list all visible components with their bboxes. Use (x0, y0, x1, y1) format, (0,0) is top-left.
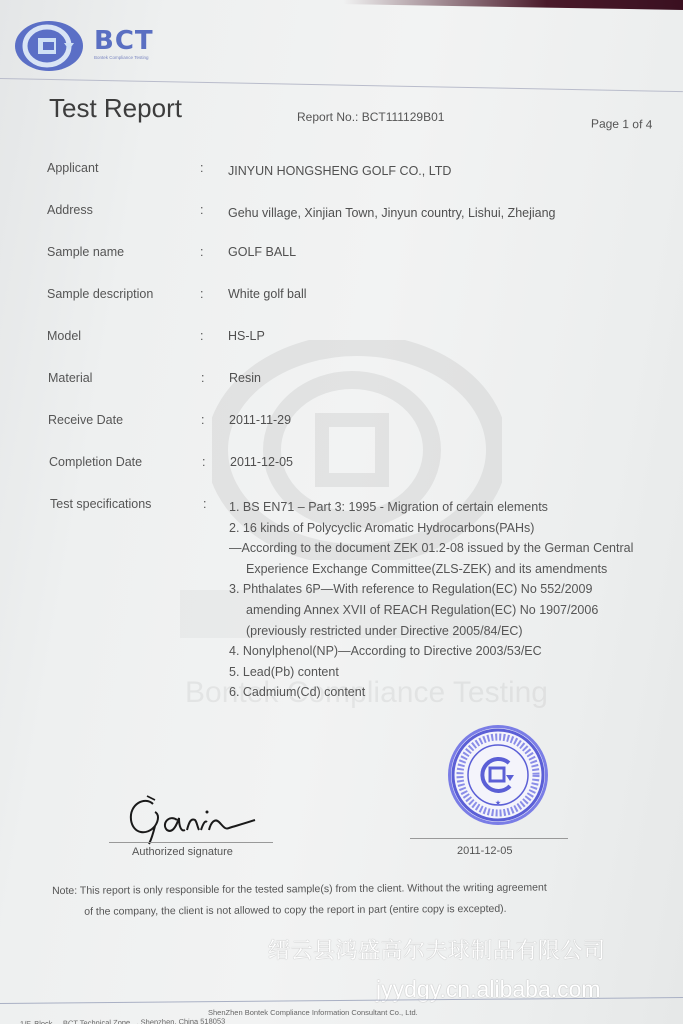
page-edge-shadow (343, 0, 683, 10)
company-seal-icon: ★ (446, 723, 550, 827)
field-value: Gehu village, Xinjian Town, Jinyun count… (228, 206, 556, 220)
handwritten-signature (125, 790, 265, 846)
test-specifications-list: 1. BS EN71 – Part 3: 1995 - Migration of… (229, 497, 633, 703)
field-label: Test specifications (50, 497, 151, 511)
field-label: Completion Date (49, 455, 142, 469)
spec-item: 5. Lead(Pb) content (229, 662, 633, 683)
field-colon: : (203, 497, 206, 511)
field-colon: : (201, 371, 204, 385)
spec-item: 2. 16 kinds of Polycyclic Aromatic Hydro… (229, 518, 633, 539)
field-value: 2011-12-05 (230, 455, 293, 469)
field-label: Material (48, 371, 92, 385)
field-colon: : (201, 413, 204, 427)
header-divider (0, 78, 683, 92)
field-value: GOLF BALL (228, 245, 296, 259)
spec-item: 1. BS EN71 – Part 3: 1995 - Migration of… (229, 497, 633, 518)
spec-item: 3. Phthalates 6P—With reference to Regul… (229, 579, 633, 600)
field-label: Sample name (47, 245, 124, 259)
field-value: HS-LP (228, 329, 265, 343)
spec-item: Experience Exchange Committee(ZLS-ZEK) a… (229, 559, 633, 580)
footer-company: ShenZhen Bontek Compliance Information C… (208, 1008, 418, 1017)
bct-logo: BCT Bontek Compliance Testing (14, 20, 154, 72)
signature-line (109, 842, 273, 843)
spec-item: 6. Cadmium(Cd) content (229, 682, 633, 703)
field-colon: : (200, 245, 203, 259)
field-colon: : (200, 287, 203, 301)
logo-tagline: Bontek Compliance Testing (94, 55, 154, 60)
bct-logo-icon (14, 20, 84, 72)
field-value: JINYUN HONGSHENG GOLF CO., LTD (228, 164, 451, 178)
spec-item: 4. Nonylphenol(NP)—According to Directiv… (229, 641, 633, 662)
field-label: Model (47, 329, 81, 343)
disclaimer-note: Note: This report is only responsible fo… (52, 878, 547, 923)
spec-item: amending Annex XVII of REACH Regulation(… (229, 600, 633, 621)
field-colon: : (200, 203, 203, 217)
company-name-watermark: 缙云县鸿盛高尔夫球制品有限公司 (268, 934, 606, 965)
field-colon: : (202, 455, 205, 469)
spec-item: —According to the document ZEK 01.2-08 i… (229, 538, 633, 559)
field-colon: : (200, 329, 203, 343)
field-label: Receive Date (48, 413, 123, 427)
signature-label: Authorized signature (132, 846, 233, 858)
field-value: Resin (229, 371, 261, 385)
field-colon: : (200, 161, 203, 175)
note-line: of the company, the client is not allowe… (52, 899, 547, 923)
stamp-date: 2011-12-05 (457, 845, 512, 857)
date-line (410, 838, 568, 839)
report-number: Report No.: BCT111129B01 (297, 110, 444, 124)
spec-item: (previously restricted under Directive 2… (229, 621, 633, 642)
field-label: Applicant (47, 161, 98, 175)
field-value: White golf ball (228, 287, 307, 301)
footer-address: 1/F, Block ... BCT Technical Zone ... Sh… (20, 1017, 225, 1024)
field-label: Address (47, 203, 93, 217)
logo-wordmark: BCT (94, 28, 154, 54)
svg-text:★: ★ (495, 799, 501, 807)
page-title: Test Report (49, 93, 182, 124)
field-label: Sample description (47, 287, 153, 301)
page-indicator: Page 1 of 4 (591, 116, 653, 131)
field-value: 2011-11-29 (229, 413, 291, 427)
